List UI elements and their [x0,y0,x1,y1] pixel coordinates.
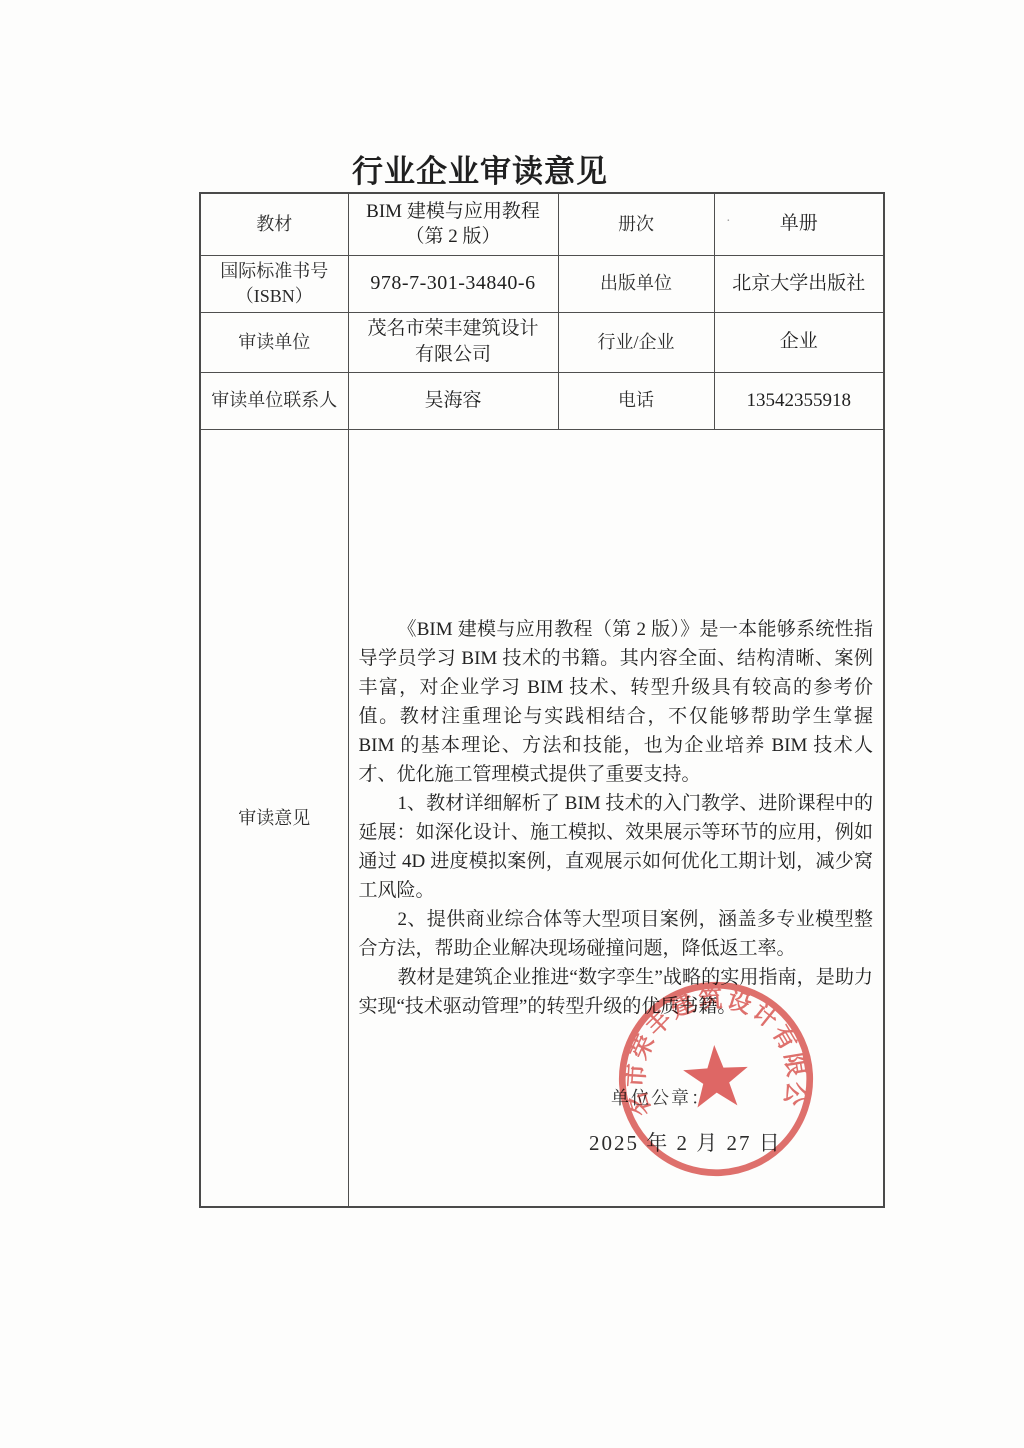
field-label-publisher: 出版单位 [558,255,714,312]
field-label-volume: 册次 [558,193,714,255]
page-title: 行业企业审读意见 [352,146,608,191]
field-value-textbook-title: BIM 建模与应用教程（第 2 版） [348,193,558,255]
table-row: 教材 BIM 建模与应用教程（第 2 版） 册次 单册 [200,193,884,255]
field-label-phone: 电话 [558,372,714,429]
scanned-review-form-page: 行业企业审读意见 教材 BIM 建模与应用教程（第 2 版） 册次 单册 国际标… [0,0,1024,1448]
field-value-review-unit: 茂名市荣丰建筑设计有限公司 [348,312,558,372]
field-value-phone: 13542355918 [714,372,884,429]
opinion-paragraph: 1、教材详细解析了 BIM 技术的入门教学、进阶课程中的延展：如深化设计、施工模… [359,789,874,905]
opinion-paragraph: 《BIM 建模与应用教程（第 2 版）》是一本能够系统性指导学员学习 BIM 技… [359,615,874,789]
company-seal-stamp: 茂名市荣丰建筑设计有限公司 [608,971,824,1187]
seal-ring-text: 茂名市荣丰建筑设计有限公司 [608,971,812,1121]
field-label-textbook: 教材 [200,193,348,255]
field-value-volume: 单册 [714,193,884,255]
table-row: 审读单位联系人 吴海容 电话 13542355918 [200,372,884,429]
scan-artifact-dot: · [726,214,731,230]
field-value-publisher: 北京大学出版社 [714,255,884,312]
field-label-industry-or-enterprise: 行业/企业 [558,312,714,372]
field-value-isbn: 978-7-301-34840-6 [348,255,558,312]
field-label-review-unit: 审读单位 [200,312,348,372]
seal-star-icon [682,1043,750,1108]
table-row: 审读单位 茂名市荣丰建筑设计有限公司 行业/企业 企业 [200,312,884,372]
field-value-contact-person: 吴海容 [348,372,558,429]
field-label-review-opinion: 审读意见 [200,429,348,1207]
field-label-contact-person: 审读单位联系人 [200,372,348,429]
field-value-industry-or-enterprise: 企业 [714,312,884,372]
opinion-paragraph: 2、提供商业综合体等大型项目案例，涵盖多专业模型整合方法，帮助企业解决现场碰撞问… [359,905,874,963]
table-row: 国际标准书号（ISBN） 978-7-301-34840-6 出版单位 北京大学… [200,255,884,312]
field-label-isbn: 国际标准书号（ISBN） [200,255,348,312]
